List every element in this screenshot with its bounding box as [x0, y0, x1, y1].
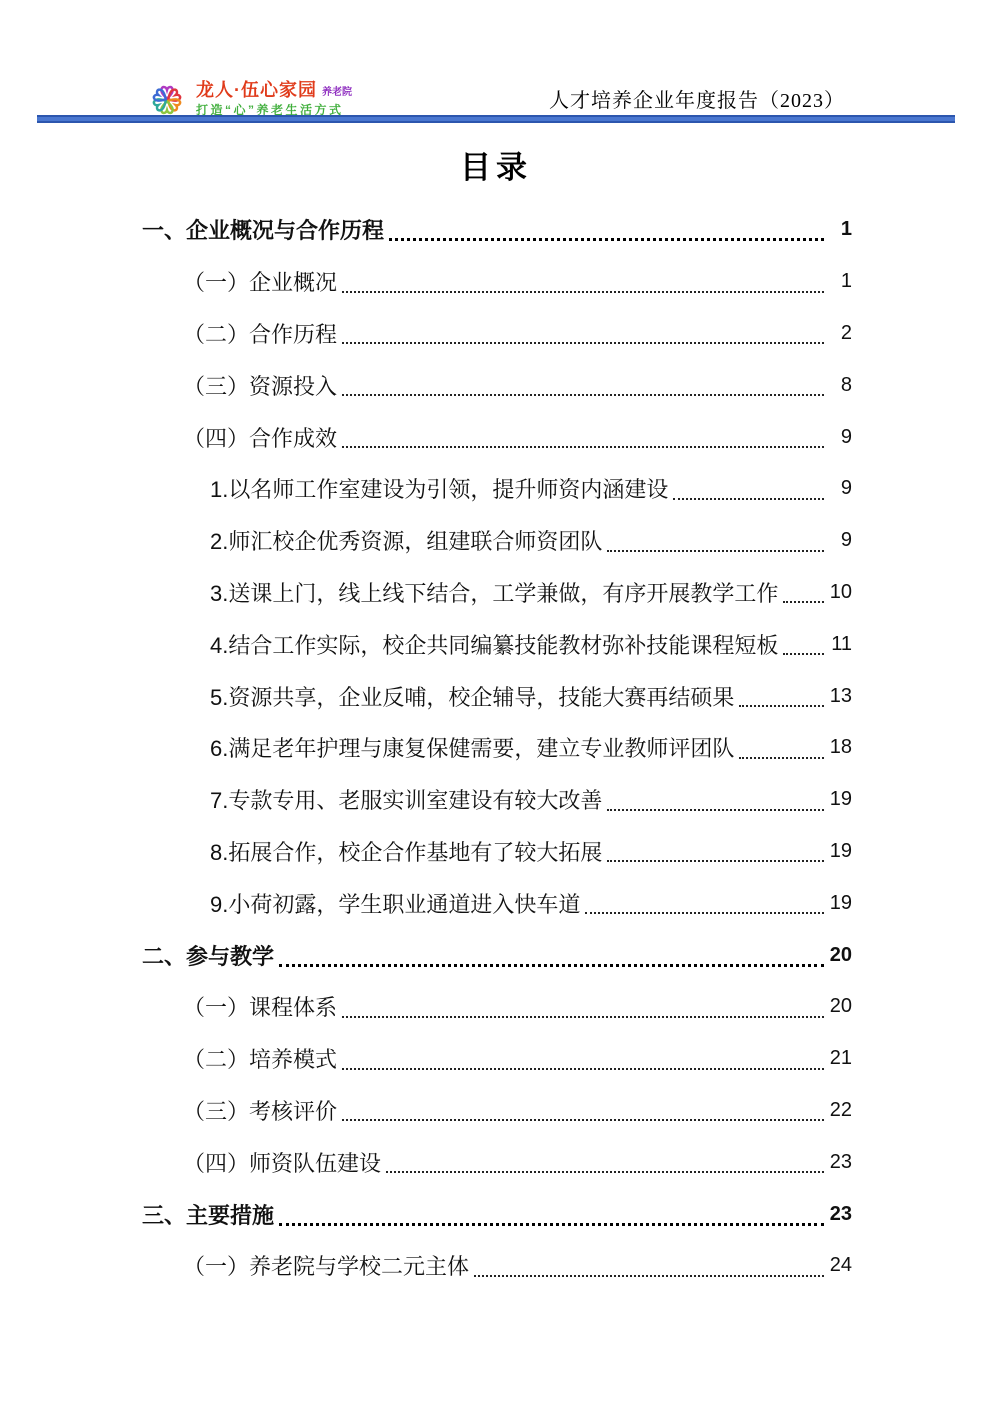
dot-leader — [607, 530, 824, 552]
toc-entry[interactable]: 3.送课上门，线上线下结合，工学兼做，有序开展教学工作10 — [142, 567, 852, 619]
dot-leader — [386, 1151, 824, 1173]
toc-entry[interactable]: （一）课程体系20 — [142, 981, 852, 1033]
dot-leader — [739, 685, 824, 707]
toc-entry-label: 5.资源共享，企业反哺，校企辅导，技能大赛再结硕果 — [210, 681, 734, 712]
toc-page-number: 2 — [828, 322, 852, 345]
toc-entry-label: （四）合作成效 — [183, 422, 337, 453]
toc-entry[interactable]: （二）培养模式21 — [142, 1033, 852, 1085]
toc-entry-label: （二）合作历程 — [183, 318, 337, 349]
toc-title: 目录 — [0, 142, 992, 187]
toc-page-number: 19 — [828, 788, 852, 811]
toc-page-number: 8 — [828, 374, 852, 397]
toc-page-number: 11 — [828, 633, 852, 656]
toc-page-number: 23 — [828, 1203, 852, 1226]
toc-list: 一、企业概况与合作历程1（一）企业概况1（二）合作历程2（三）资源投入8（四）合… — [142, 204, 852, 1292]
toc-entry[interactable]: 二、参与教学20 — [142, 929, 852, 981]
dot-leader — [342, 374, 824, 396]
toc-entry[interactable]: （四）师资队伍建设23 — [142, 1136, 852, 1188]
toc-entry-label: 6.满足老年护理与康复保健需要，建立专业教师评团队 — [210, 732, 734, 763]
toc-entry[interactable]: （一）企业概况1 — [142, 256, 852, 308]
dot-leader — [783, 633, 824, 655]
report-title: 人才培养企业年度报告（2023） — [549, 84, 845, 113]
toc-entry[interactable]: （三）资源投入8 — [142, 359, 852, 411]
toc-page-number: 9 — [828, 529, 852, 552]
toc-entry-label: （一）课程体系 — [183, 991, 337, 1022]
toc-entry-label: （二）培养模式 — [183, 1043, 337, 1074]
toc-entry[interactable]: （一）养老院与学校二元主体24 — [142, 1240, 852, 1292]
toc-entry-label: 三、主要措施 — [142, 1199, 274, 1230]
toc-entry[interactable]: 三、主要措施23 — [142, 1188, 852, 1240]
dot-leader — [783, 581, 824, 603]
toc-page-number: 20 — [828, 944, 852, 967]
toc-page-number: 23 — [828, 1151, 852, 1174]
toc-entry[interactable]: （三）考核评价22 — [142, 1085, 852, 1137]
toc-page-number: 9 — [828, 426, 852, 449]
toc-page-number: 1 — [828, 270, 852, 293]
toc-entry-label: （一）企业概况 — [183, 266, 337, 297]
dot-leader — [342, 271, 824, 293]
toc-page-number: 19 — [828, 892, 852, 915]
header-divider-rule — [37, 115, 955, 123]
dot-leader — [279, 944, 824, 967]
toc-entry-label: 7.专款专用、老服实训室建设有较大改善 — [210, 784, 602, 815]
toc-page-number: 19 — [828, 840, 852, 863]
document-page: 龙人·伍心家园 养老院 打造“心”养老生活方式 人才培养企业年度报告（2023）… — [0, 0, 992, 1403]
toc-entry-label: （三）资源投入 — [183, 370, 337, 401]
toc-entry[interactable]: 一、企业概况与合作历程1 — [142, 204, 852, 256]
toc-entry-label: 8.拓展合作，校企合作基地有了较大拓展 — [210, 836, 602, 867]
dot-leader — [342, 1048, 824, 1070]
toc-entry[interactable]: 7.专款专用、老服实训室建设有较大改善19 — [142, 774, 852, 826]
toc-page-number: 10 — [828, 581, 852, 604]
dot-leader — [607, 789, 824, 811]
toc-entry-label: 3.送课上门，线上线下结合，工学兼做，有序开展教学工作 — [210, 577, 778, 608]
toc-entry[interactable]: 9.小荷初露，学生职业通道进入快车道19 — [142, 877, 852, 929]
toc-entry-label: 1.以名师工作室建设为引领，提升师资内涵建设 — [210, 473, 668, 504]
toc-entry[interactable]: 8.拓展合作，校企合作基地有了较大拓展19 — [142, 826, 852, 878]
dot-leader — [607, 840, 824, 862]
toc-entry-label: 二、参与教学 — [142, 940, 274, 971]
toc-page-number: 9 — [828, 477, 852, 500]
toc-entry[interactable]: （四）合作成效9 — [142, 411, 852, 463]
toc-page-number: 20 — [828, 995, 852, 1018]
toc-entry-label: 一、企业概况与合作历程 — [142, 214, 384, 245]
toc-page-number: 18 — [828, 736, 852, 759]
dot-leader — [342, 1099, 824, 1121]
toc-entry[interactable]: 5.资源共享，企业反哺，校企辅导，技能大赛再结硕果13 — [142, 670, 852, 722]
toc-entry[interactable]: （二）合作历程2 — [142, 308, 852, 360]
dot-leader — [389, 218, 824, 241]
dot-leader — [342, 426, 824, 448]
toc-entry-label: （三）考核评价 — [183, 1095, 337, 1126]
dot-leader — [673, 478, 824, 500]
toc-entry-label: （一）养老院与学校二元主体 — [183, 1250, 469, 1281]
dot-leader — [342, 996, 824, 1018]
dot-leader — [342, 322, 824, 344]
toc-entry-label: （四）师资队伍建设 — [183, 1147, 381, 1178]
toc-page-number: 22 — [828, 1099, 852, 1122]
toc-entry-label: 2.师汇校企优秀资源，组建联合师资团队 — [210, 525, 602, 556]
toc-entry-label: 9.小荷初露，学生职业通道进入快车道 — [210, 888, 580, 919]
toc-entry[interactable]: 1.以名师工作室建设为引领，提升师资内涵建设9 — [142, 463, 852, 515]
toc-entry[interactable]: 2.师汇校企优秀资源，组建联合师资团队9 — [142, 515, 852, 567]
toc-entry[interactable]: 4.结合工作实际，校企共同编纂技能教材弥补技能课程短板11 — [142, 618, 852, 670]
dot-leader — [585, 892, 824, 914]
dot-leader — [739, 737, 824, 759]
toc-page-number: 24 — [828, 1254, 852, 1277]
logo-text: 龙人·伍心家园 养老院 打造“心”养老生活方式 — [196, 80, 352, 117]
dot-leader — [279, 1203, 824, 1226]
toc-entry[interactable]: 6.满足老年护理与康复保健需要，建立专业教师评团队18 — [142, 722, 852, 774]
dot-leader — [474, 1255, 824, 1277]
toc-entry-label: 4.结合工作实际，校企共同编纂技能教材弥补技能课程短板 — [210, 629, 778, 660]
logo-brand-suffix: 养老院 — [322, 87, 352, 99]
toc-page-number: 13 — [828, 685, 852, 708]
toc-page-number: 21 — [828, 1047, 852, 1070]
toc-page-number: 1 — [828, 218, 852, 241]
logo-brand-name: 龙人·伍心家园 — [196, 80, 317, 101]
